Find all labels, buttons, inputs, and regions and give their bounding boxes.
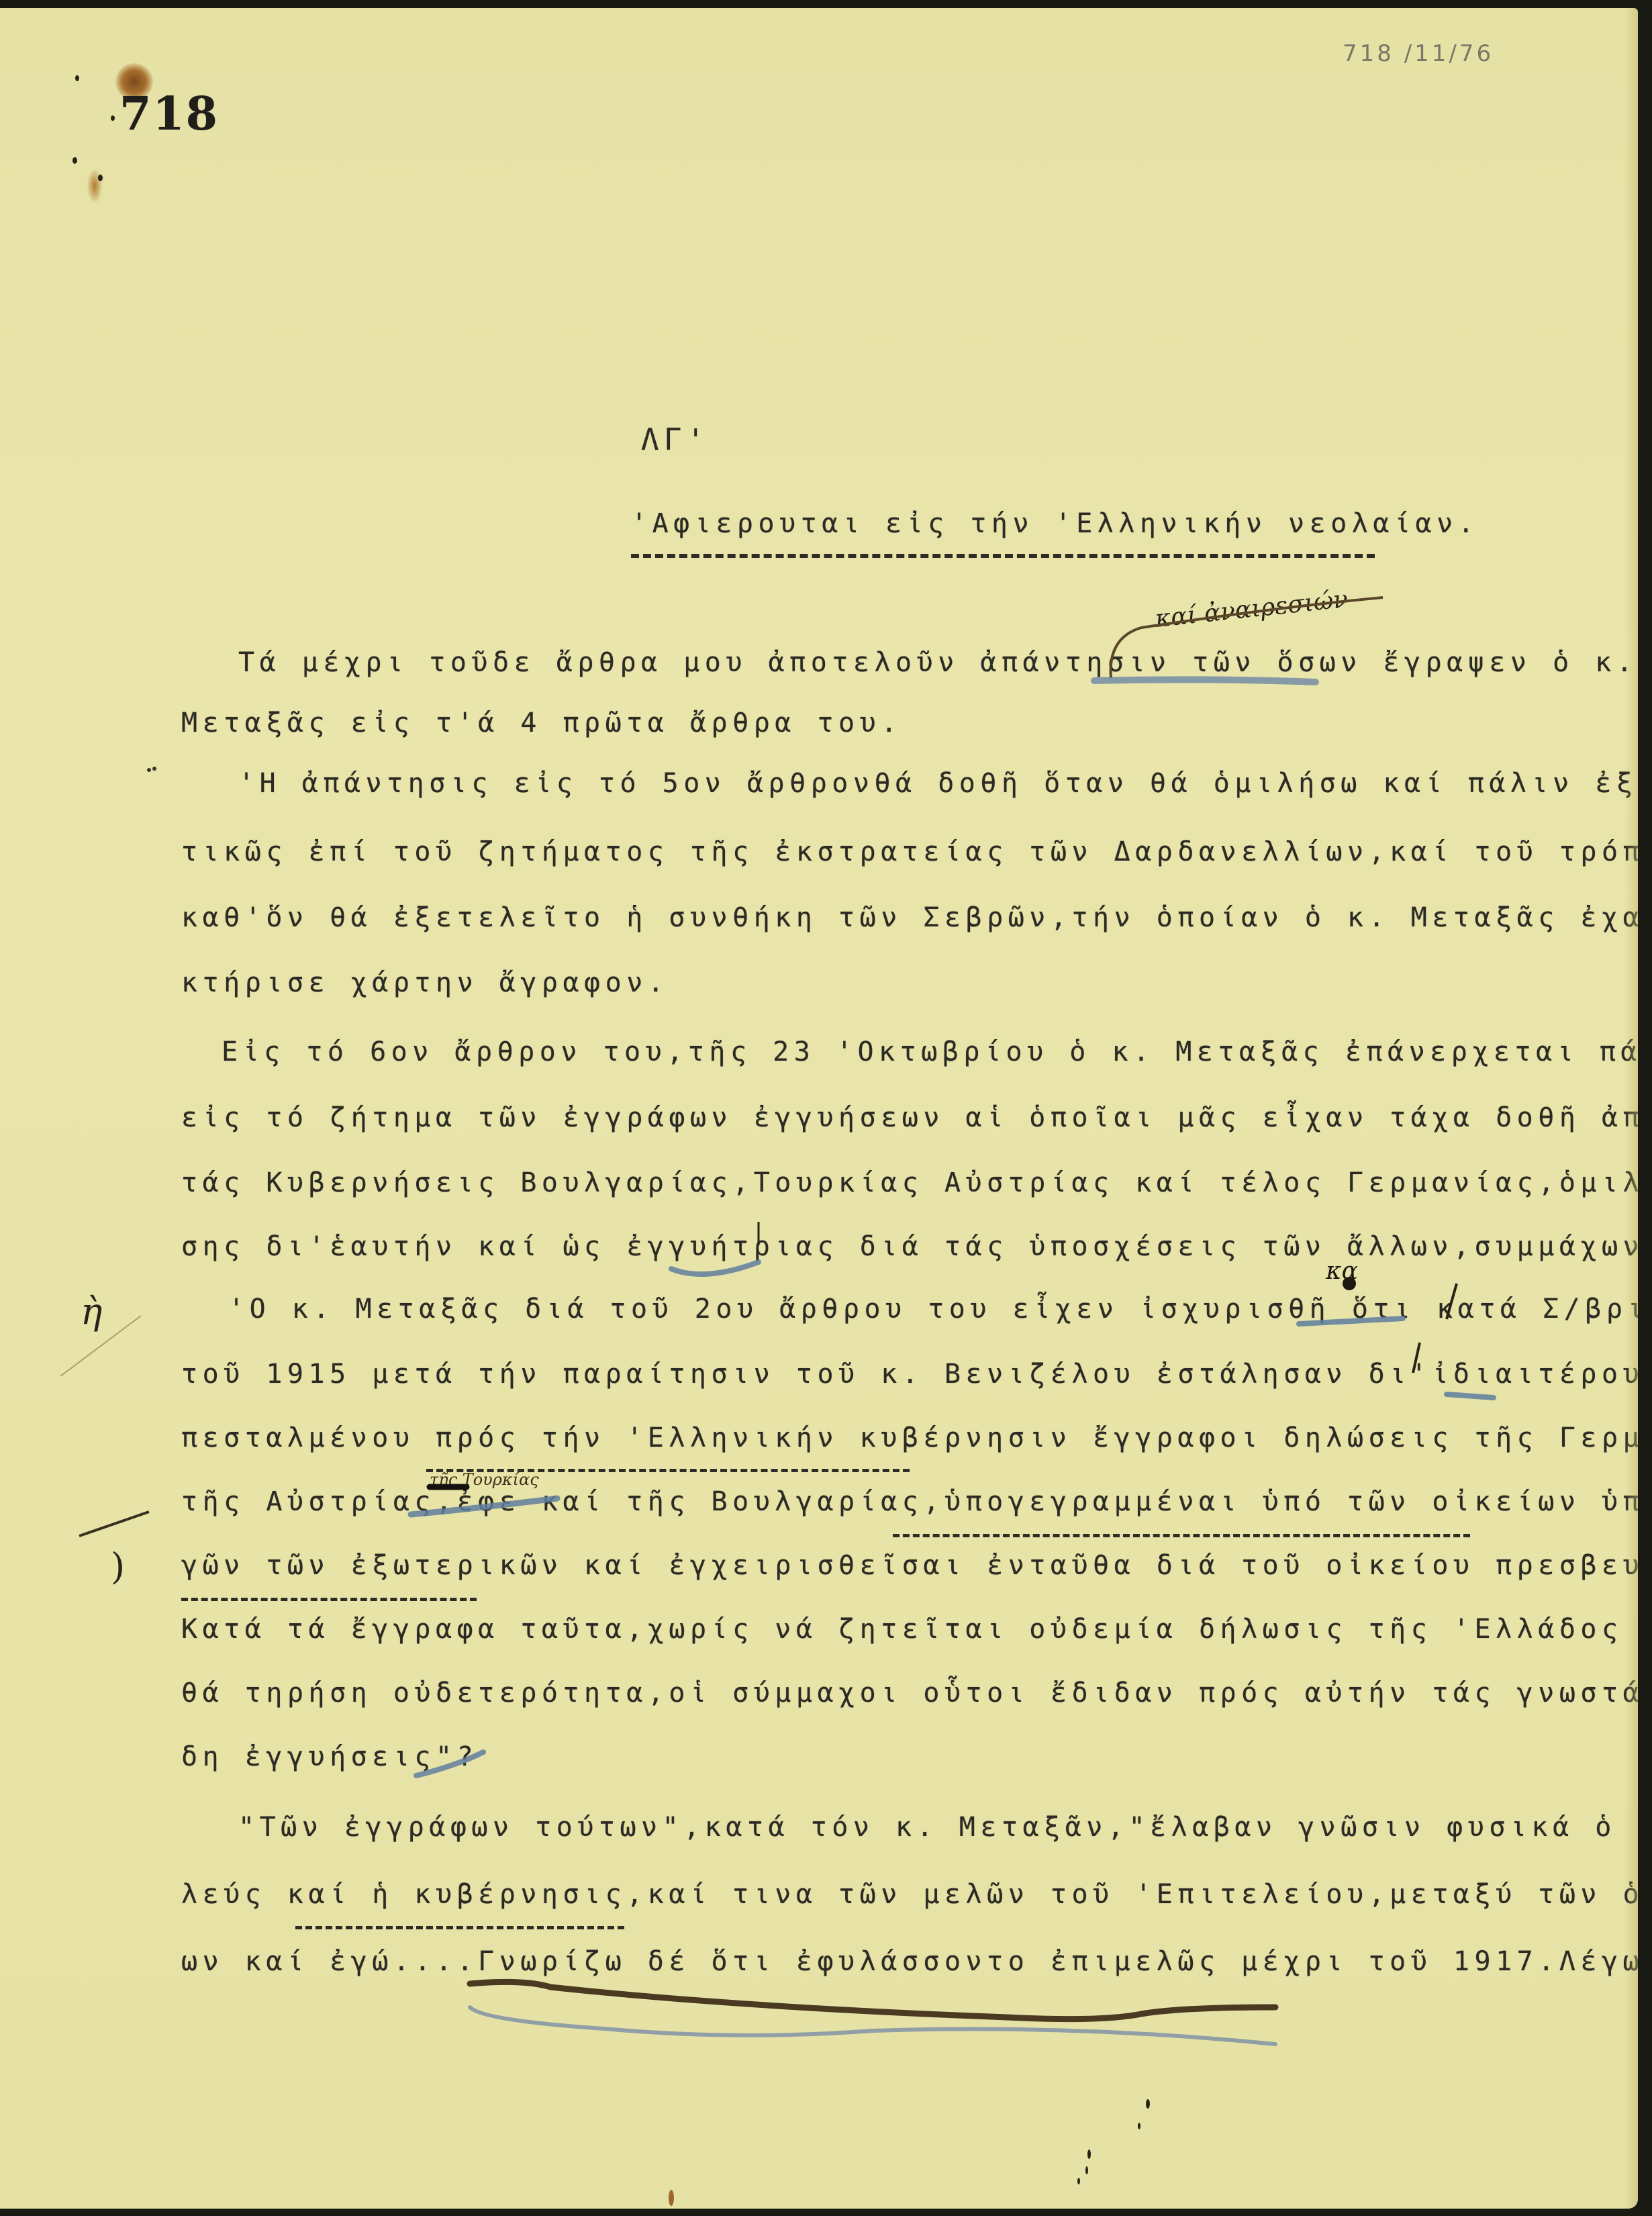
annotation-strokes: κα [0, 8, 1638, 2201]
document-page: 718 718 /11/76 ΛΓ' 'Αφιερουται εἰς τήν '… [0, 8, 1638, 2209]
